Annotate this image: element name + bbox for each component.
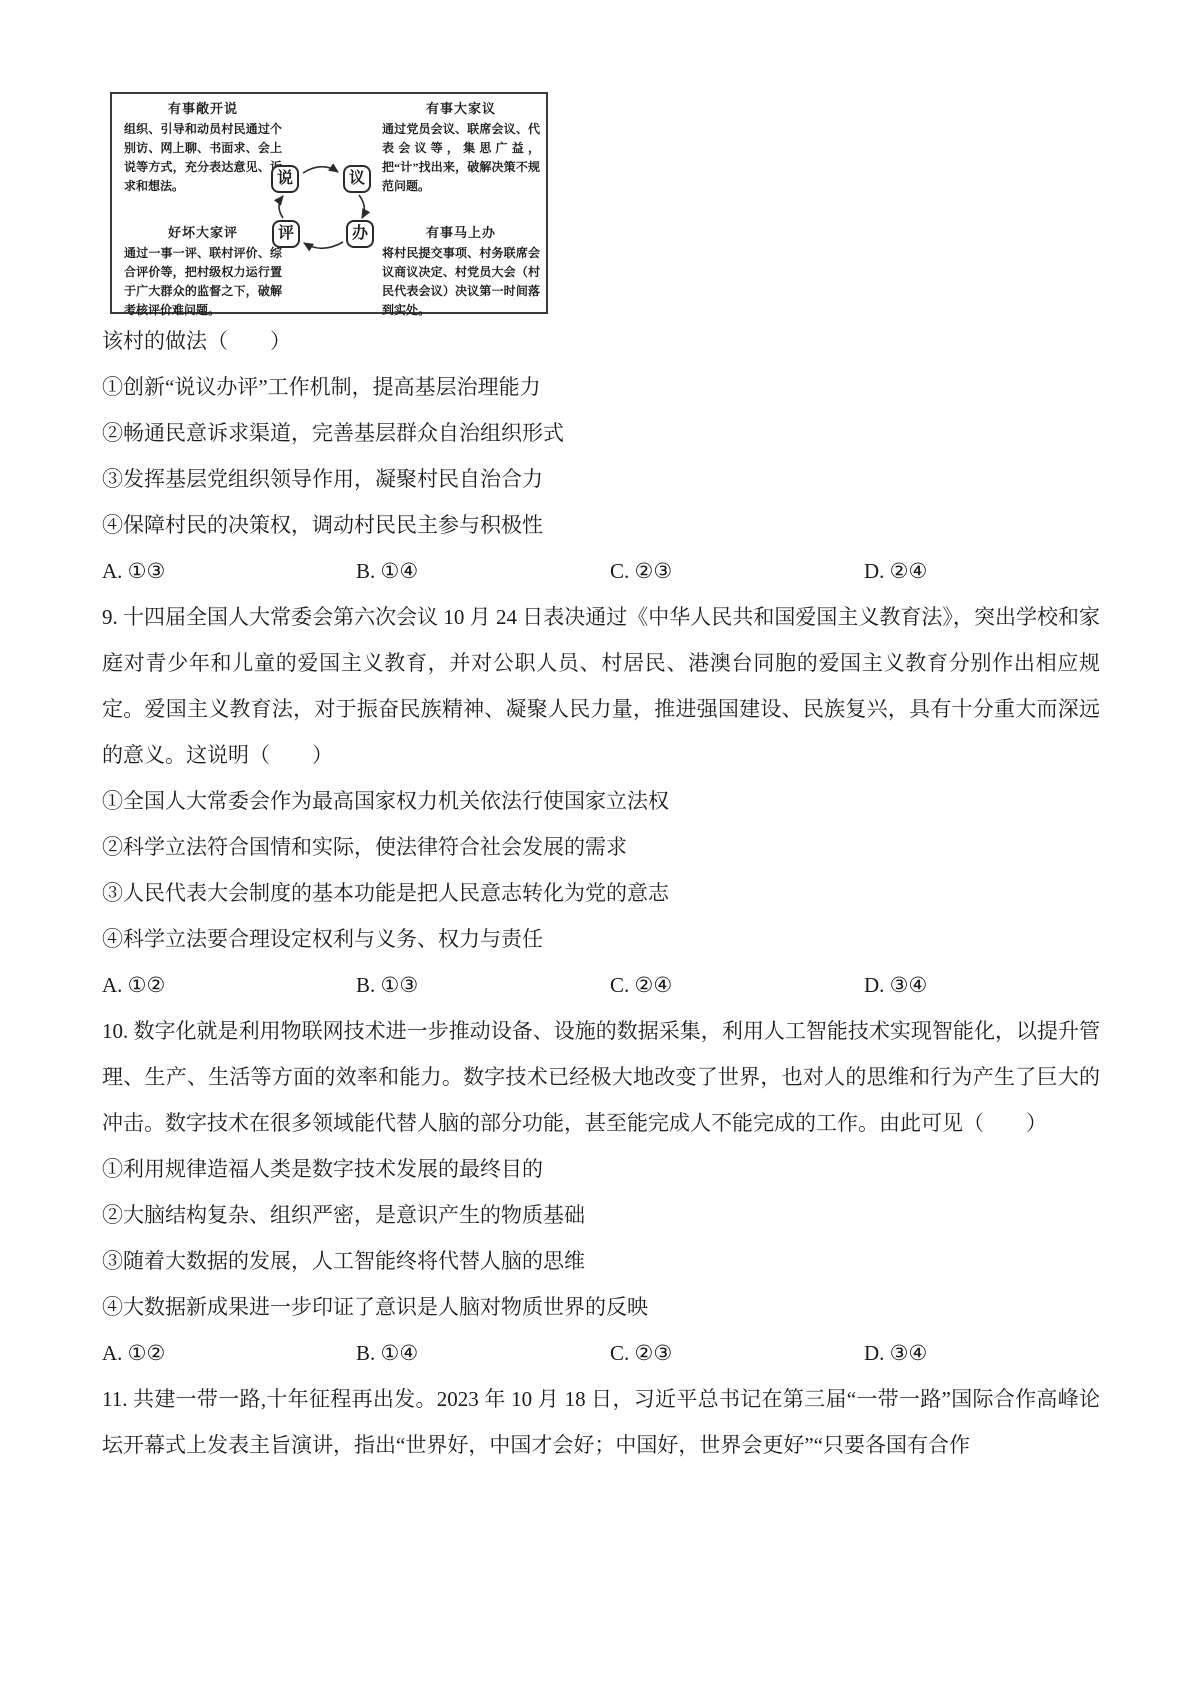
option-d: D. ③④ bbox=[864, 1330, 927, 1376]
quadrant-body: 通过一事一评、联村评价、综合评价等，把村级权力运行置于广大群众的监督之下，破解考… bbox=[124, 244, 282, 320]
option-c: C. ②④ bbox=[610, 962, 672, 1008]
cycle-node-discuss: 议 bbox=[343, 165, 371, 193]
options-row: A. ①③ B. ①④ C. ②③ D. ②④ bbox=[102, 548, 1100, 594]
quadrant-body: 通过党员会议、联席会议、代表会议等，集思广益，把“计”找出来，破解决策不规范问题… bbox=[382, 120, 540, 196]
question-8: 该村的做法（ ） ①创新“说议办评”工作机制，提高基层治理能力 ②畅通民意诉求渠… bbox=[102, 318, 1100, 594]
question-9: 9. 十四届全国人大常委会第六次会议 10 月 24 日表决通过《中华人民共和国… bbox=[102, 594, 1100, 1008]
question-lead: 该村的做法（ ） bbox=[102, 318, 1100, 364]
quadrant-body: 组织、引导和动员村民通过个别访、网上聊、书面求、会上说等方式，充分表达意见、诉求… bbox=[124, 120, 282, 196]
quadrant-body: 将村民提交事项、村务联席会议商议决定、村党员大会（村民代表会议）决议第一时间落到… bbox=[382, 244, 540, 320]
statement-item-2: ②畅通民意诉求渠道，完善基层群众自治组织形式 bbox=[102, 410, 1100, 456]
quadrant-title: 有事马上办 bbox=[382, 224, 540, 242]
statement-item-2: ②科学立法符合国情和实际，使法律符合社会发展的需求 bbox=[102, 824, 1100, 870]
statement-item-3: ③人民代表大会制度的基本功能是把人民意志转化为党的意志 bbox=[102, 870, 1100, 916]
cycle-node-act: 办 bbox=[346, 220, 374, 248]
question-stem: 10. 数字化就是利用物联网技术进一步推动设备、设施的数据采集，利用人工智能技术… bbox=[102, 1008, 1100, 1146]
diagram-quadrant-discuss: 有事大家议 通过党员会议、联席会议、代表会议等，集思广益，把“计”找出来，破解决… bbox=[382, 100, 540, 196]
statement-item-1: ①利用规律造福人类是数字技术发展的最终目的 bbox=[102, 1146, 1100, 1192]
quadrant-title: 有事敞开说 bbox=[124, 100, 282, 118]
option-a: A. ①② bbox=[102, 1330, 165, 1376]
option-b: B. ①④ bbox=[356, 1330, 418, 1376]
option-b: B. ①③ bbox=[356, 962, 418, 1008]
option-d: D. ②④ bbox=[864, 548, 927, 594]
quadrant-title: 好坏大家评 bbox=[124, 224, 282, 242]
exam-page: 有事敞开说 组织、引导和动员村民通过个别访、网上聊、书面求、会上说等方式，充分表… bbox=[0, 0, 1200, 1698]
statement-item-2: ②大脑结构复杂、组织严密，是意识产生的物质基础 bbox=[102, 1192, 1100, 1238]
option-a: A. ①③ bbox=[102, 548, 165, 594]
cycle-diagram: 说 议 评 办 bbox=[270, 164, 376, 250]
question-10: 10. 数字化就是利用物联网技术进一步推动设备、设施的数据采集，利用人工智能技术… bbox=[102, 1008, 1100, 1376]
arrow-act-to-evaluate bbox=[304, 242, 343, 248]
question-stem: 11. 共建一带一路,十年征程再出发。2023 年 10 月 18 日，习近平总… bbox=[102, 1376, 1100, 1468]
option-b: B. ①④ bbox=[356, 548, 418, 594]
diagram-quadrant-act: 有事马上办 将村民提交事项、村务联席会议商议决定、村党员大会（村民代表会议）决议… bbox=[382, 224, 540, 320]
options-row: A. ①② B. ①④ C. ②③ D. ③④ bbox=[102, 1330, 1100, 1376]
quadrant-title: 有事大家议 bbox=[382, 100, 540, 118]
arrow-discuss-to-act bbox=[359, 195, 364, 218]
option-a: A. ①② bbox=[102, 962, 165, 1008]
statement-item-1: ①创新“说议办评”工作机制，提高基层治理能力 bbox=[102, 364, 1100, 410]
statement-item-4: ④科学立法要合理设定权利与义务、权力与责任 bbox=[102, 916, 1100, 962]
diagram-quadrant-evaluate: 好坏大家评 通过一事一评、联村评价、综合评价等，把村级权力运行置于广大群众的监督… bbox=[124, 224, 282, 320]
cycle-node-speak: 说 bbox=[271, 165, 299, 193]
question-stem: 9. 十四届全国人大常委会第六次会议 10 月 24 日表决通过《中华人民共和国… bbox=[102, 594, 1100, 778]
statement-item-3: ③发挥基层党组织领导作用，凝聚村民自治合力 bbox=[102, 456, 1100, 502]
option-d: D. ③④ bbox=[864, 962, 927, 1008]
statement-item-1: ①全国人大常委会作为最高国家权力机关依法行使国家立法权 bbox=[102, 778, 1100, 824]
option-c: C. ②③ bbox=[610, 548, 672, 594]
question-11: 11. 共建一带一路,十年征程再出发。2023 年 10 月 18 日，习近平总… bbox=[102, 1376, 1100, 1468]
arrow-evaluate-to-speak bbox=[279, 196, 283, 218]
cycle-node-evaluate: 评 bbox=[272, 220, 300, 248]
diagram-quadrant-speak: 有事敞开说 组织、引导和动员村民通过个别访、网上聊、书面求、会上说等方式，充分表… bbox=[124, 100, 282, 196]
options-row: A. ①② B. ①③ C. ②④ D. ③④ bbox=[102, 962, 1100, 1008]
statement-item-4: ④大数据新成果进一步印证了意识是人脑对物质世界的反映 bbox=[102, 1284, 1100, 1330]
statement-item-4: ④保障村民的决策权，调动村民民主参与积极性 bbox=[102, 502, 1100, 548]
arrow-speak-to-discuss bbox=[303, 167, 338, 173]
questions-content: 该村的做法（ ） ①创新“说议办评”工作机制，提高基层治理能力 ②畅通民意诉求渠… bbox=[102, 318, 1100, 1468]
village-governance-diagram: 有事敞开说 组织、引导和动员村民通过个别访、网上聊、书面求、会上说等方式，充分表… bbox=[110, 92, 548, 314]
statement-item-3: ③随着大数据的发展，人工智能终将代替人脑的思维 bbox=[102, 1238, 1100, 1284]
option-c: C. ②③ bbox=[610, 1330, 672, 1376]
